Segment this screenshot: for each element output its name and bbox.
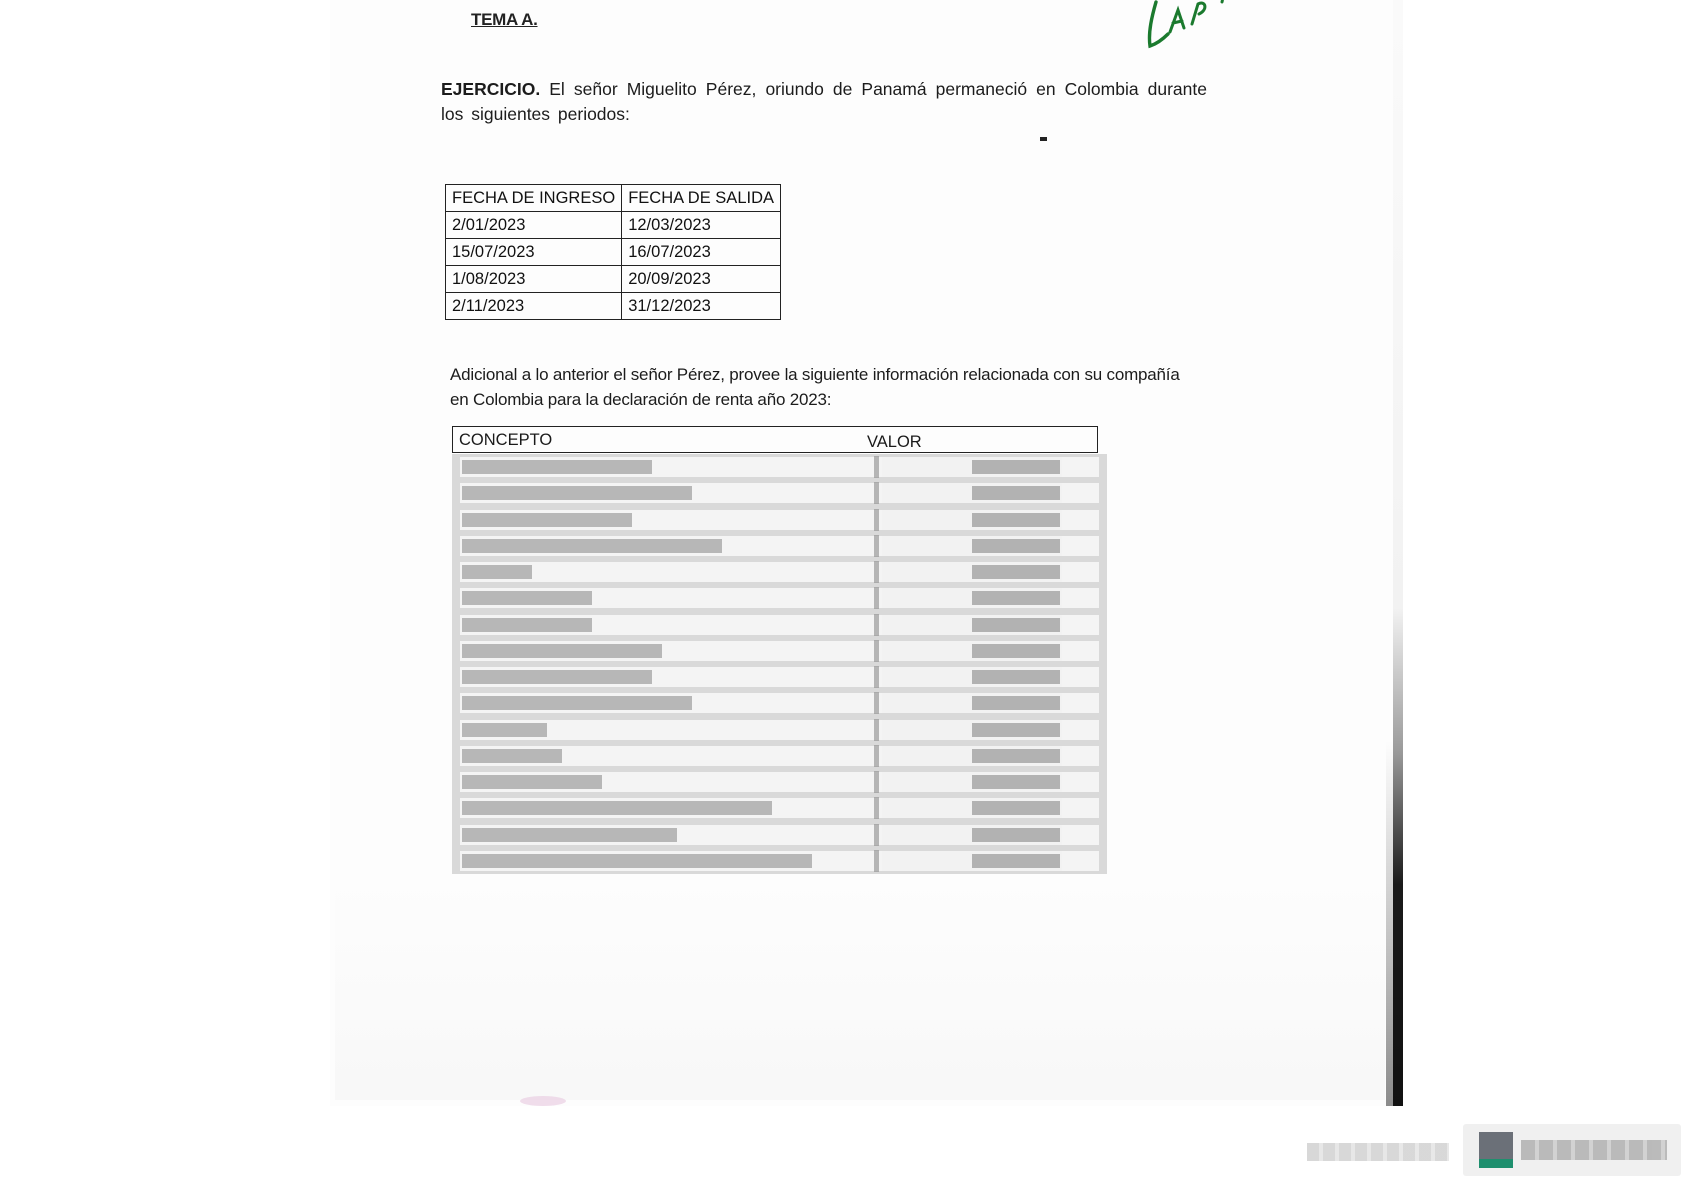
entry-date: 2/01/2023 — [446, 212, 622, 239]
redacted-value — [972, 486, 1060, 500]
redacted-row — [452, 533, 1107, 559]
column-separator — [874, 509, 879, 531]
redacted-value — [972, 565, 1060, 579]
column-separator — [874, 771, 879, 793]
redacted-row — [452, 690, 1107, 716]
redacted-value — [972, 591, 1060, 605]
table-row: 2/11/2023 31/12/2023 — [446, 293, 781, 320]
redacted-row — [452, 480, 1107, 506]
entry-date: 2/11/2023 — [446, 293, 622, 320]
handwritten-annotation — [1142, 0, 1232, 56]
exercise-text: El señor Miguelito Pérez, oriundo de Pan… — [441, 79, 1207, 124]
redacted-concept — [462, 828, 677, 842]
redacted-concept — [462, 565, 532, 579]
redacted-concept — [462, 460, 652, 474]
redacted-row — [452, 612, 1107, 638]
redacted-row — [452, 585, 1107, 611]
column-separator — [874, 850, 879, 872]
column-separator — [874, 614, 879, 636]
redacted-concept — [462, 644, 662, 658]
redacted-concept — [462, 513, 632, 527]
table-row: 1/08/2023 20/09/2023 — [446, 266, 781, 293]
column-separator — [874, 482, 879, 504]
redacted-row — [452, 822, 1107, 848]
redacted-row — [452, 507, 1107, 533]
redacted-row — [452, 743, 1107, 769]
redacted-row — [452, 769, 1107, 795]
scan-mark — [520, 1096, 566, 1106]
redacted-concept — [462, 486, 692, 500]
redacted-row — [452, 638, 1107, 664]
redacted-row — [452, 454, 1107, 480]
redacted-concept — [462, 591, 592, 605]
page-edge-shade — [1386, 740, 1393, 1106]
scan-speck — [1040, 137, 1047, 141]
column-separator — [874, 797, 879, 819]
stay-periods-table: FECHA DE INGRESO FECHA DE SALIDA 2/01/20… — [445, 184, 781, 320]
column-separator — [874, 692, 879, 714]
redacted-row — [452, 717, 1107, 743]
column-separator — [874, 535, 879, 557]
redacted-concept — [462, 801, 772, 815]
redacted-concept — [462, 670, 652, 684]
exercise-paragraph: EJERCICIO. El señor Miguelito Pérez, ori… — [441, 77, 1207, 127]
column-separator — [874, 640, 879, 662]
table-row: 2/01/2023 12/03/2023 — [446, 212, 781, 239]
scanner-logo-icon — [1479, 1132, 1513, 1168]
redacted-concept — [462, 854, 812, 868]
redacted-value — [972, 801, 1060, 815]
concept-table-header: CONCEPTO VALOR — [452, 426, 1098, 453]
redacted-value — [972, 775, 1060, 789]
redacted-value — [972, 828, 1060, 842]
watermark-badge: CamScanner — [1463, 1124, 1681, 1176]
scanner-watermark: Powered by CamScanner — [1305, 1124, 1683, 1180]
table-row: 15/07/2023 16/07/2023 — [446, 239, 781, 266]
header-concept: CONCEPTO — [459, 431, 552, 450]
column-separator — [874, 666, 879, 688]
table-header-row: FECHA DE INGRESO FECHA DE SALIDA — [446, 185, 781, 212]
exit-date: 16/07/2023 — [622, 239, 781, 266]
exercise-label: EJERCICIO. — [441, 79, 540, 99]
redacted-concept — [462, 618, 592, 632]
redacted-concept — [462, 749, 562, 763]
header-value: VALOR — [867, 433, 922, 452]
header-exit-date: FECHA DE SALIDA — [622, 185, 781, 212]
redacted-row — [452, 559, 1107, 585]
redacted-value — [972, 644, 1060, 658]
redacted-concept-rows — [452, 454, 1107, 874]
redacted-concept — [462, 723, 547, 737]
entry-date: 1/08/2023 — [446, 266, 622, 293]
redacted-value — [972, 460, 1060, 474]
watermark-brand: CamScanner — [1521, 1140, 1667, 1160]
scan-background — [335, 880, 1385, 1100]
redacted-row — [452, 848, 1107, 874]
redacted-value — [972, 670, 1060, 684]
column-separator — [874, 456, 879, 478]
section-heading: TEMA A. — [471, 10, 538, 30]
page-edge-shadow — [1393, 0, 1403, 1106]
exit-date: 20/09/2023 — [622, 266, 781, 293]
exit-date: 12/03/2023 — [622, 212, 781, 239]
header-entry-date: FECHA DE INGRESO — [446, 185, 622, 212]
watermark-prefix: Powered by — [1307, 1143, 1449, 1161]
redacted-value — [972, 539, 1060, 553]
redacted-value — [972, 513, 1060, 527]
redacted-row — [452, 664, 1107, 690]
redacted-value — [972, 854, 1060, 868]
redacted-value — [972, 749, 1060, 763]
redacted-concept — [462, 696, 692, 710]
redacted-concept — [462, 539, 722, 553]
exit-date: 31/12/2023 — [622, 293, 781, 320]
entry-date: 15/07/2023 — [446, 239, 622, 266]
column-separator — [874, 745, 879, 767]
column-separator — [874, 824, 879, 846]
redacted-value — [972, 696, 1060, 710]
redacted-value — [972, 723, 1060, 737]
redacted-value — [972, 618, 1060, 632]
redacted-concept — [462, 775, 602, 789]
column-separator — [874, 587, 879, 609]
column-separator — [874, 719, 879, 741]
column-separator — [874, 561, 879, 583]
redacted-row — [452, 795, 1107, 821]
additional-info-paragraph: Adicional a lo anterior el señor Pérez, … — [450, 362, 1195, 412]
